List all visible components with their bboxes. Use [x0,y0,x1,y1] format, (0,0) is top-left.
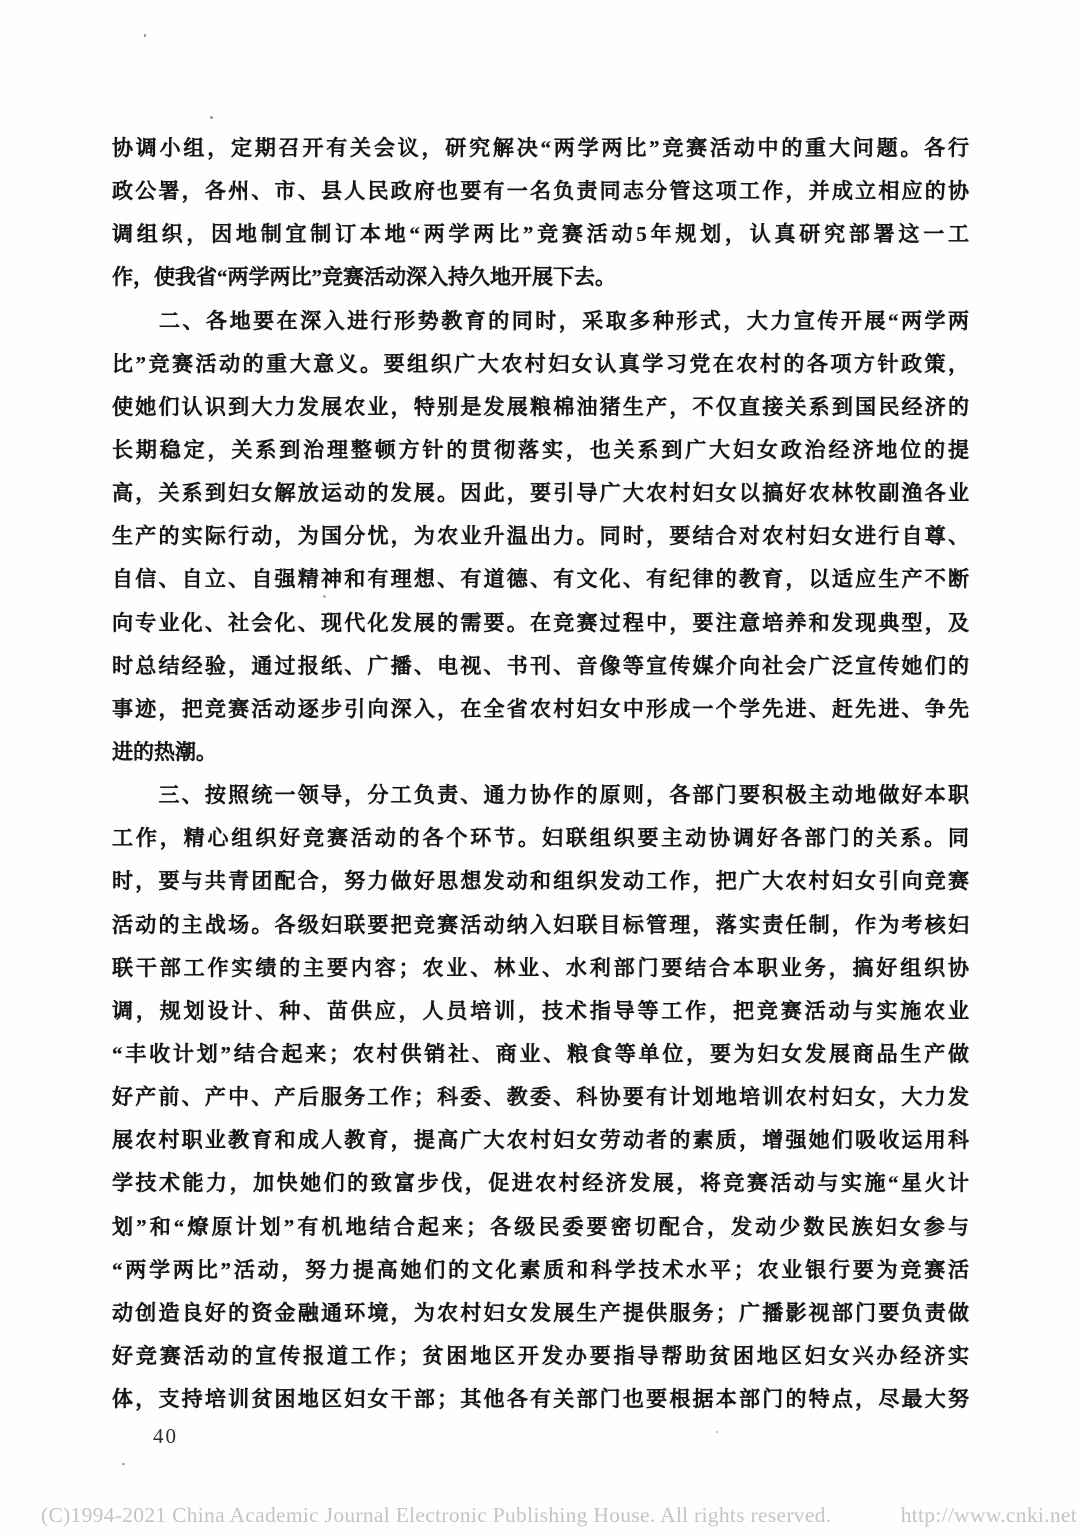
scan-speck [144,34,146,37]
text-line-8: 长期稳定，关系到治理整顿方针的贯彻落实，也关系到广大妇女政治经济地位的提 [112,429,969,472]
document-body-text: 协调小组，定期召开有关会议，研究解决“两学两比”竞赛活动中的重大问题。各行政公署… [112,127,969,1421]
cnki-url: http://www.cnki.net [901,1503,1077,1528]
text-line-19: 活动的主战场。各级妇联要把竞赛活动纳入妇联目标管理，落实责任制，作为考核妇 [112,904,969,947]
text-line-1: 协调小组，定期召开有关会议，研究解决“两学两比”竞赛活动中的重大问题。各行 [112,127,969,170]
text-line-28: 动创造良好的资金融通环境，为农村妇女发展生产提供服务；广播影视部门要负责做 [112,1292,969,1335]
text-line-7: 使她们认识到大力发展农业，特别是发展粮棉油猪生产，不仅直接关系到国民经济的 [112,386,969,429]
scanned-document-page: 协调小组，定期召开有关会议，研究解决“两学两比”竞赛活动中的重大问题。各行政公署… [0,0,1080,1539]
text-line-23: 好产前、产中、产后服务工作；科委、教委、科协要有计划地培训农村妇女，大力发 [112,1076,969,1119]
text-line-25: 学技术能力，加快她们的致富步伐，促进农村经济发展，将竞赛活动与实施“星火计 [112,1162,969,1205]
text-line-13: 时总结经验，通过报纸、广播、电视、书刊、音像等宣传媒介向社会广泛宣传她们的 [112,645,969,688]
text-line-22: “丰收计划”结合起来；农村供销社、商业、粮食等单位，要为妇女发展商品生产做 [112,1033,969,1076]
text-line-21: 调，规划设计、种、苗供应，人员培训，技术指导等工作，把竞赛活动与实施农业 [112,990,969,1033]
scan-speck [210,116,213,119]
text-line-16: 三、按照统一领导，分工负责、通力协作的原则，各部门要积极主动地做好本职 [112,774,969,817]
text-line-24: 展农村职业教育和成人教育，提高广大农村妇女劳动者的素质，增强她们吸收运用科 [112,1119,969,1162]
text-line-3: 调组织，因地制宜制订本地“两学两比”竞赛活动5年规划，认真研究部署这一工 [112,213,969,256]
text-line-15: 进的热潮。 [112,731,969,774]
text-line-12: 向专业化、社会化、现代化发展的需要。在竞赛过程中，要注意培养和发现典型，及 [112,602,969,645]
text-line-10: 生产的实际行动，为国分忧，为农业升温出力。同时，要结合对农村妇女进行自尊、 [112,515,969,558]
text-line-2: 政公署，各州、市、县人民政府也要有一名负责同志分管这项工作，并成立相应的协 [112,170,969,213]
text-line-5: 二、各地要在深入进行形势教育的同时，采取多种形式，大力宣传开展“两学两 [112,300,969,343]
text-line-14: 事迹，把竞赛活动逐步引向深入，在全省农村妇女中形成一个学先进、赶先进、争先 [112,688,969,731]
text-line-17: 工作，精心组织好竞赛活动的各个环节。妇联组织要主动协调好各部门的关系。同 [112,817,969,860]
text-line-9: 高，关系到妇女解放运动的发展。因此，要引导广大农村妇女以搞好农林牧副渔各业 [112,472,969,515]
copyright-notice: (C)1994-2021 China Academic Journal Elec… [41,1503,831,1528]
scan-speck [122,1463,125,1465]
text-line-4: 作，使我省“两学两比”竞赛活动深入持久地开展下去。 [112,256,969,299]
text-line-11: 自信、自立、自强精神和有理想、有道德、有文化、有纪律的教育，以适应生产不断 [112,558,969,601]
page-number: 40 [153,1424,178,1449]
text-line-6: 比”竞赛活动的重大意义。要组织广大农村妇女认真学习党在农村的各项方针政策， [112,343,969,386]
text-line-18: 时，要与共青团配合，努力做好思想发动和组织发动工作，把广大农村妇女引向竞赛 [112,860,969,903]
text-line-30: 体，支持培训贫困地区妇女干部；其他各有关部门也要根据本部门的特点，尽最大努 [112,1378,969,1421]
text-line-27: “两学两比”活动，努力提高她们的文化素质和科学技术水平；农业银行要为竞赛活 [112,1249,969,1292]
text-line-29: 好竞赛活动的宣传报道工作；贫困地区开发办要指导帮助贫困地区妇女兴办经济实 [112,1335,969,1378]
footer: (C)1994-2021 China Academic Journal Elec… [41,1503,1077,1528]
text-line-26: 划”和“燎原计划”有机地结合起来；各级民委要密切配合，发动少数民族妇女参与 [112,1206,969,1249]
text-line-20: 联干部工作实绩的主要内容；农业、林业、水利部门要结合本职业务，搞好组织协 [112,947,969,990]
scan-speck [716,1431,718,1433]
